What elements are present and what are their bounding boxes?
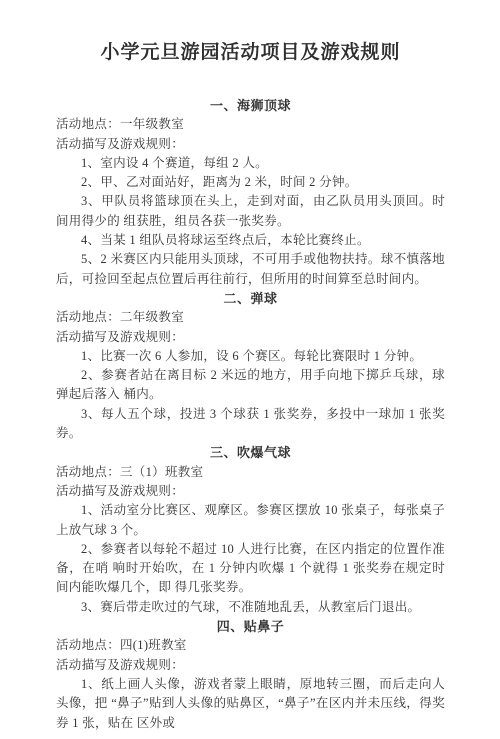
document-page: 小学元旦游园活动项目及游戏规则 一、海狮顶球 活动地点：一年级教室 活动描写及游… [0,0,500,739]
section-heading: 一、海狮顶球 [56,96,445,115]
section-heading: 三、吹爆气球 [56,443,445,462]
rule-item: 3、每人五个球，投进 3 个球获 1 张奖券，多投中一球加 1 张奖券。 [56,405,445,444]
rule-item: 1、纸上画人头像，游戏者蒙上眼睛，原地转三圈，而后走向人头像，把 “鼻子”贴到人… [56,675,445,733]
document-title: 小学元旦游园活动项目及游戏规则 [56,38,445,68]
activity-location: 活动地点：一年级教室 [56,115,445,134]
activity-location: 活动地点：四(1)班教室 [56,636,445,655]
rules-label: 活动描写及游戏规则： [56,328,445,347]
rule-item: 1、活动室分比赛区、观摩区。参赛区摆放 10 张桌子，每张桌子上放气球 3 个。 [56,501,445,540]
section-bounce-ball: 二、弹球 活动地点：二年级教室 活动描写及游戏规则： 1、比赛一次 6 人参加，… [56,289,445,443]
section-balloon-blowing: 三、吹爆气球 活动地点：三（1）班教室 活动描写及游戏规则： 1、活动室分比赛区… [56,443,445,617]
rule-item: 2、参赛者站在离目标 2 米远的地方，用手向地下掷乒乓球，球弹起后落入 桶内。 [56,366,445,405]
rule-item: 3、甲队员将篮球顶在头上，走到对面，由乙队员用头顶回。时间用得少的 组获胜，组员… [56,192,445,231]
rule-item: 3、赛后带走吹过的气球，不准随地乱丢，从教室后门退出。 [56,598,445,617]
rule-item: 2、甲、乙对面站好，距离为 2 米，时间 2 分钟。 [56,173,445,192]
rule-item: 5、2 米赛区内只能用头顶球，不可用手或他物扶持。球不慎落地后，可捡回至起点位置… [56,250,445,289]
section-heading: 二、弹球 [56,289,445,308]
rule-item: 4、当某 1 组队员将球运至终点后，本轮比赛终止。 [56,231,445,250]
rules-label: 活动描写及游戏规则： [56,482,445,501]
section-sea-lion-ball: 一、海狮顶球 活动地点：一年级教室 活动描写及游戏规则： 1、室内设 4 个赛道… [56,96,445,289]
rules-label: 活动描写及游戏规则： [56,656,445,675]
section-heading: 四、贴鼻子 [56,617,445,636]
rules-label: 活动描写及游戏规则： [56,135,445,154]
rule-item: 1、室内设 4 个赛道，每组 2 人。 [56,154,445,173]
rule-item: 2、参赛者以每轮不超过 10 人进行比赛，在区内指定的位置作准备，在哨 响时开始… [56,540,445,598]
activity-location: 活动地点：二年级教室 [56,308,445,327]
activity-location: 活动地点：三（1）班教室 [56,463,445,482]
section-pin-the-nose: 四、贴鼻子 活动地点：四(1)班教室 活动描写及游戏规则： 1、纸上画人头像，游… [56,617,445,733]
rule-item: 1、比赛一次 6 人参加，设 6 个赛区。每轮比赛限时 1 分钟。 [56,347,445,366]
